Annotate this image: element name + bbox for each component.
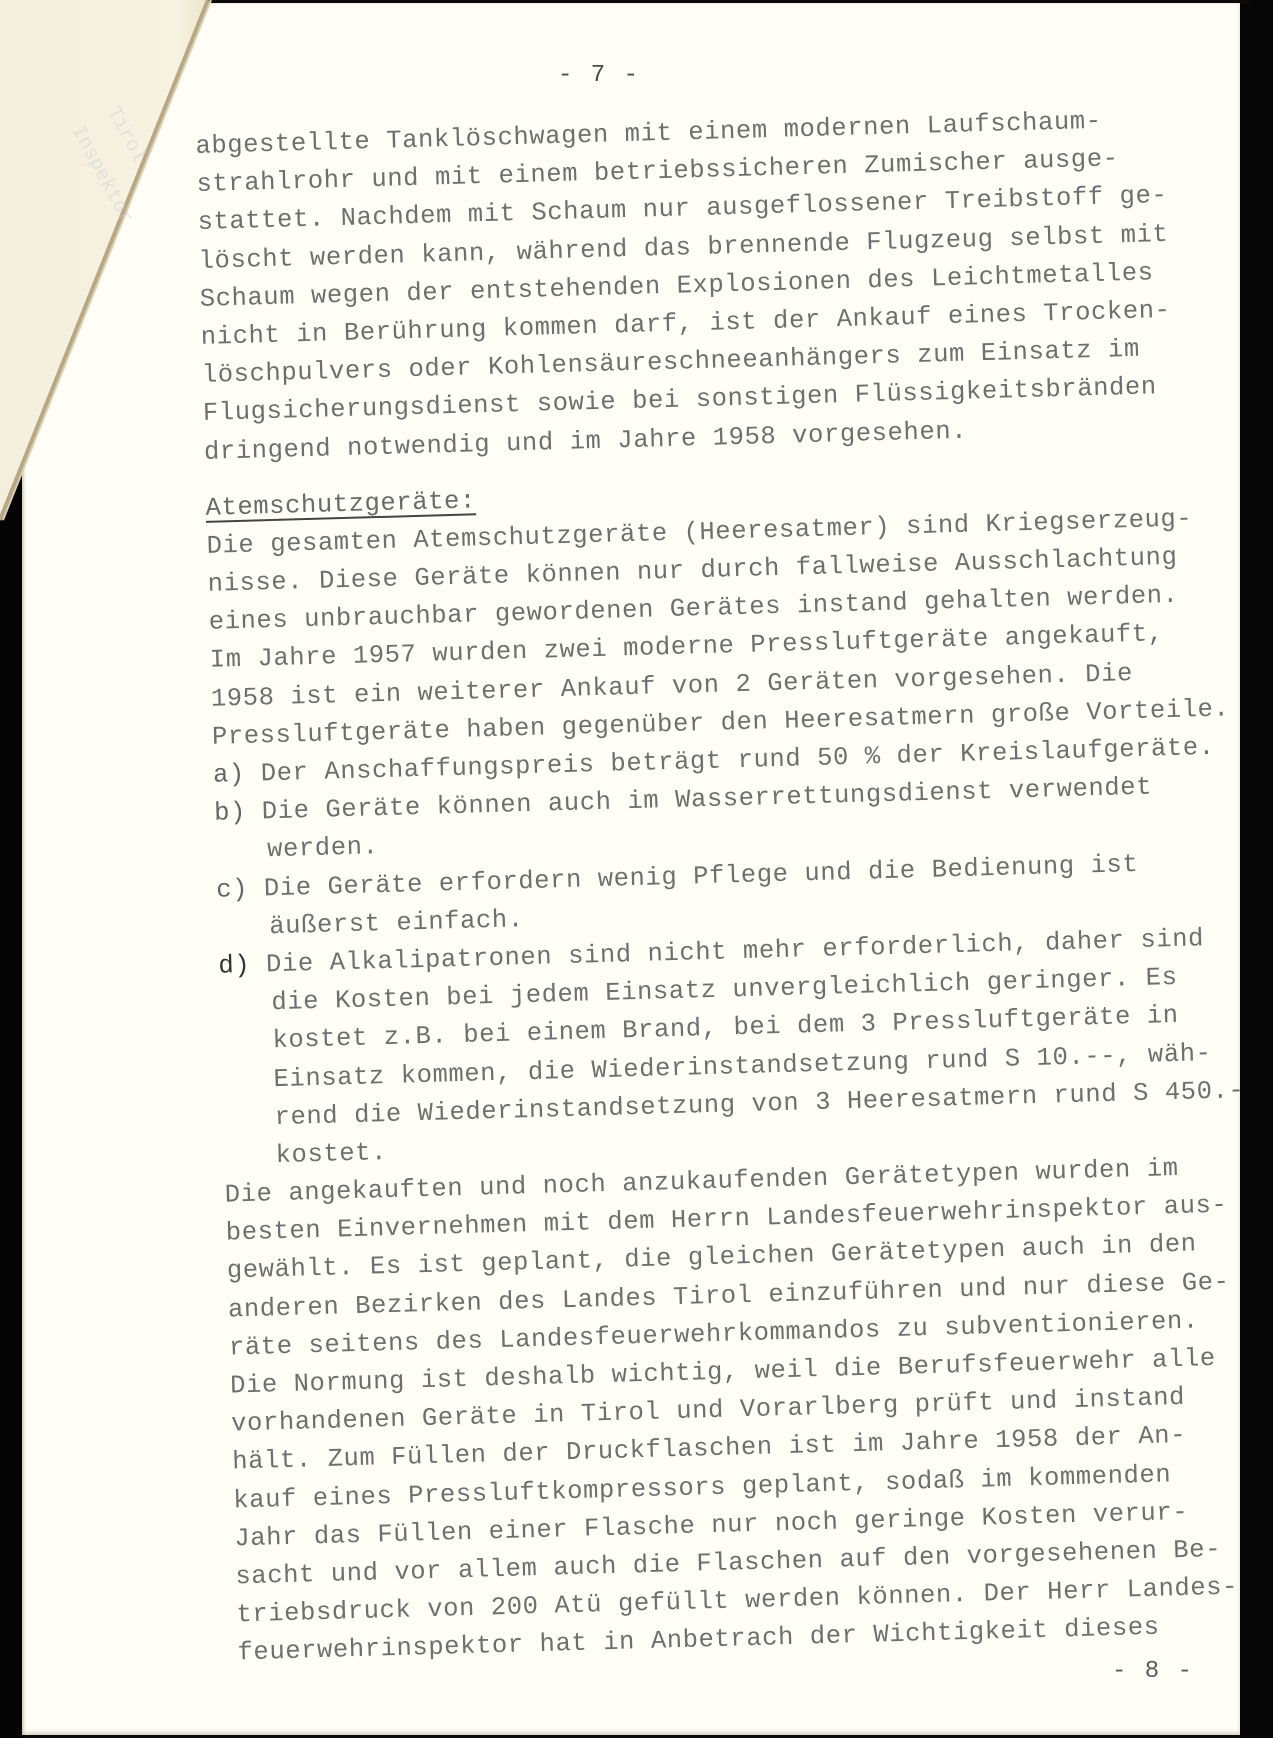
list-marker: a) [213, 760, 246, 790]
document-body: abgestellte Tanklöschwagen mit einem mod… [195, 100, 1258, 1673]
list-marker: c) [216, 874, 249, 904]
advantages-list: a) Der Anschaffungspreis beträgt rund 50… [213, 728, 1244, 1176]
list-marker: b) [214, 798, 247, 828]
list-item-d: d) Die Alkalipatronen sind nicht mehr er… [218, 919, 1244, 1177]
intro-paragraph: abgestellte Tanklöschwagen mit einem mod… [195, 100, 1224, 472]
section-paragraph: Die gesamten Atemschutzgeräte (Heeresatm… [206, 499, 1232, 757]
page-number-bottom: - 8 - [1112, 1658, 1194, 1685]
list-marker: d) [218, 951, 251, 981]
scanner-background-left [0, 0, 24, 1738]
closing-paragraph: Die angekauften und noch anzukaufenden G… [224, 1148, 1257, 1673]
page-number-top: - 7 - [558, 62, 640, 89]
